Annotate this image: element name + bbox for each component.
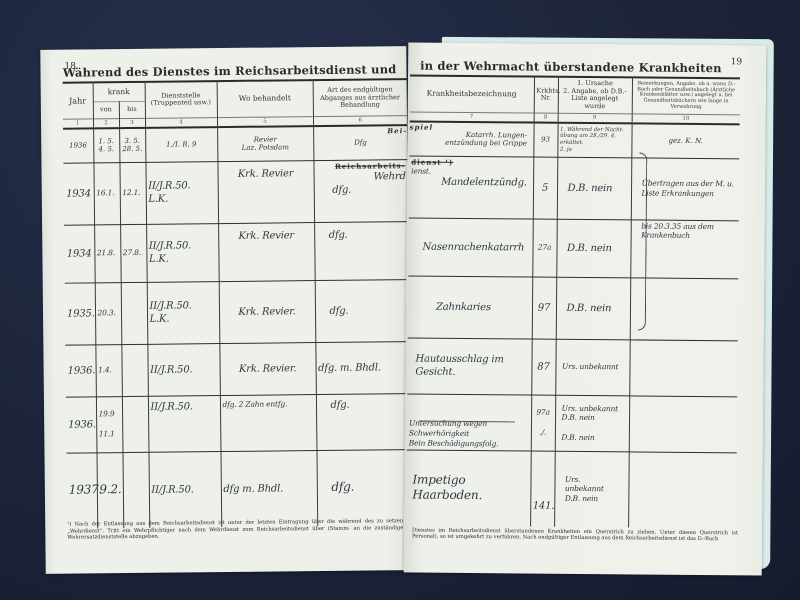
page-number-right: 19 — [731, 57, 743, 67]
header-year: Jahr — [63, 82, 93, 118]
header-from: von — [93, 101, 119, 118]
footnote-right: Dienstes im Reichsarbeitsdienst überstan… — [412, 527, 738, 543]
page-title-right: in der Wehrmacht überstandene Krankheite… — [420, 59, 722, 76]
illness-table-left: Jahr krank Dienststelle (Truppenteil usw… — [63, 78, 412, 529]
right-page: 19 in der Wehrmacht überstandene Krankhe… — [404, 42, 767, 575]
pen-mark-top: ~ — [398, 36, 406, 46]
header-sick: krank — [93, 82, 145, 102]
table-row: 1934 16.1. 12.1. II/J.R.50. L.K. Krk. Re… — [63, 159, 408, 225]
table-row: 1936. 19.9 11.1 II/J.R.50. dfg. 2 Zahn e… — [66, 393, 411, 453]
header-cause: 1. Ursache 2. Angabe, ob D.B.-Liste ange… — [558, 77, 632, 114]
table-row: Hautausschlag im Gesicht. 87 Urs. unbeka… — [407, 337, 737, 396]
table-row: 1934 21.8. 27.8. II/J.R.50. L.K. Krk. Re… — [64, 221, 409, 283]
illness-table-right: Krankheitsbezeichnung Krkhts. Nr. 1. Urs… — [406, 74, 740, 528]
table-row: 1935. 20.3. II/J.R.50. L.K. Krk. Revier.… — [65, 279, 410, 345]
footnote-left: ¹) Nach der Entlassung aus dem Reichsarb… — [67, 518, 403, 542]
handwritten-brace — [638, 152, 648, 330]
page-title-left: Während des Dienstes im Reichsarbeitsdie… — [63, 62, 397, 79]
wehrpass-booklet: 18 Während des Dienstes im Reichsarbeits… — [0, 0, 800, 600]
table-row: Impetigo Haarboden. 141. Urs. unbekannt … — [406, 449, 737, 528]
table-row: Zahnkaries 97 D.B. nein — [408, 275, 739, 340]
table-row: 1936. 1.4. II/J.R.50. Krk. Revier. dfg. … — [65, 341, 410, 397]
table-row: 1937. 9.2. II/J.R.50. dfg m. Bhdl. dfg. — [66, 449, 411, 529]
header-to: bis — [119, 101, 145, 118]
header-code: Krkhts. Nr. — [534, 77, 558, 113]
header-remarks: Bemerkungen, Angabe, ob u. wann D.-Buch … — [632, 77, 740, 114]
table-row: Nasenrachenkatarrh 27a D.B. nein bis 20.… — [408, 217, 738, 278]
table-row: 1936 1. 5. 4. 5. 3. 5. 28. 5. 1./I. R. 9… — [63, 125, 407, 163]
header-discharge: Art des endgültigen Abganges aus ärztlic… — [313, 79, 407, 116]
header-treated-where: Wo behandelt — [217, 80, 313, 117]
table-row: spiel Katarrh. Lungen- entzündung bei Gr… — [409, 121, 739, 158]
table-row: dienst ¹) ienst. Mandelentzündg. 5 D.B. … — [409, 155, 740, 220]
left-page: 18 Während des Dienstes im Reichsarbeits… — [40, 46, 411, 574]
table-row: Untersuchung wegen Schwerhörigkeit Bein … — [407, 393, 737, 452]
header-unit: Dienststelle (Truppenteil usw.) — [145, 81, 217, 118]
header-illness: Krankheitsbezeichnung — [410, 75, 534, 112]
